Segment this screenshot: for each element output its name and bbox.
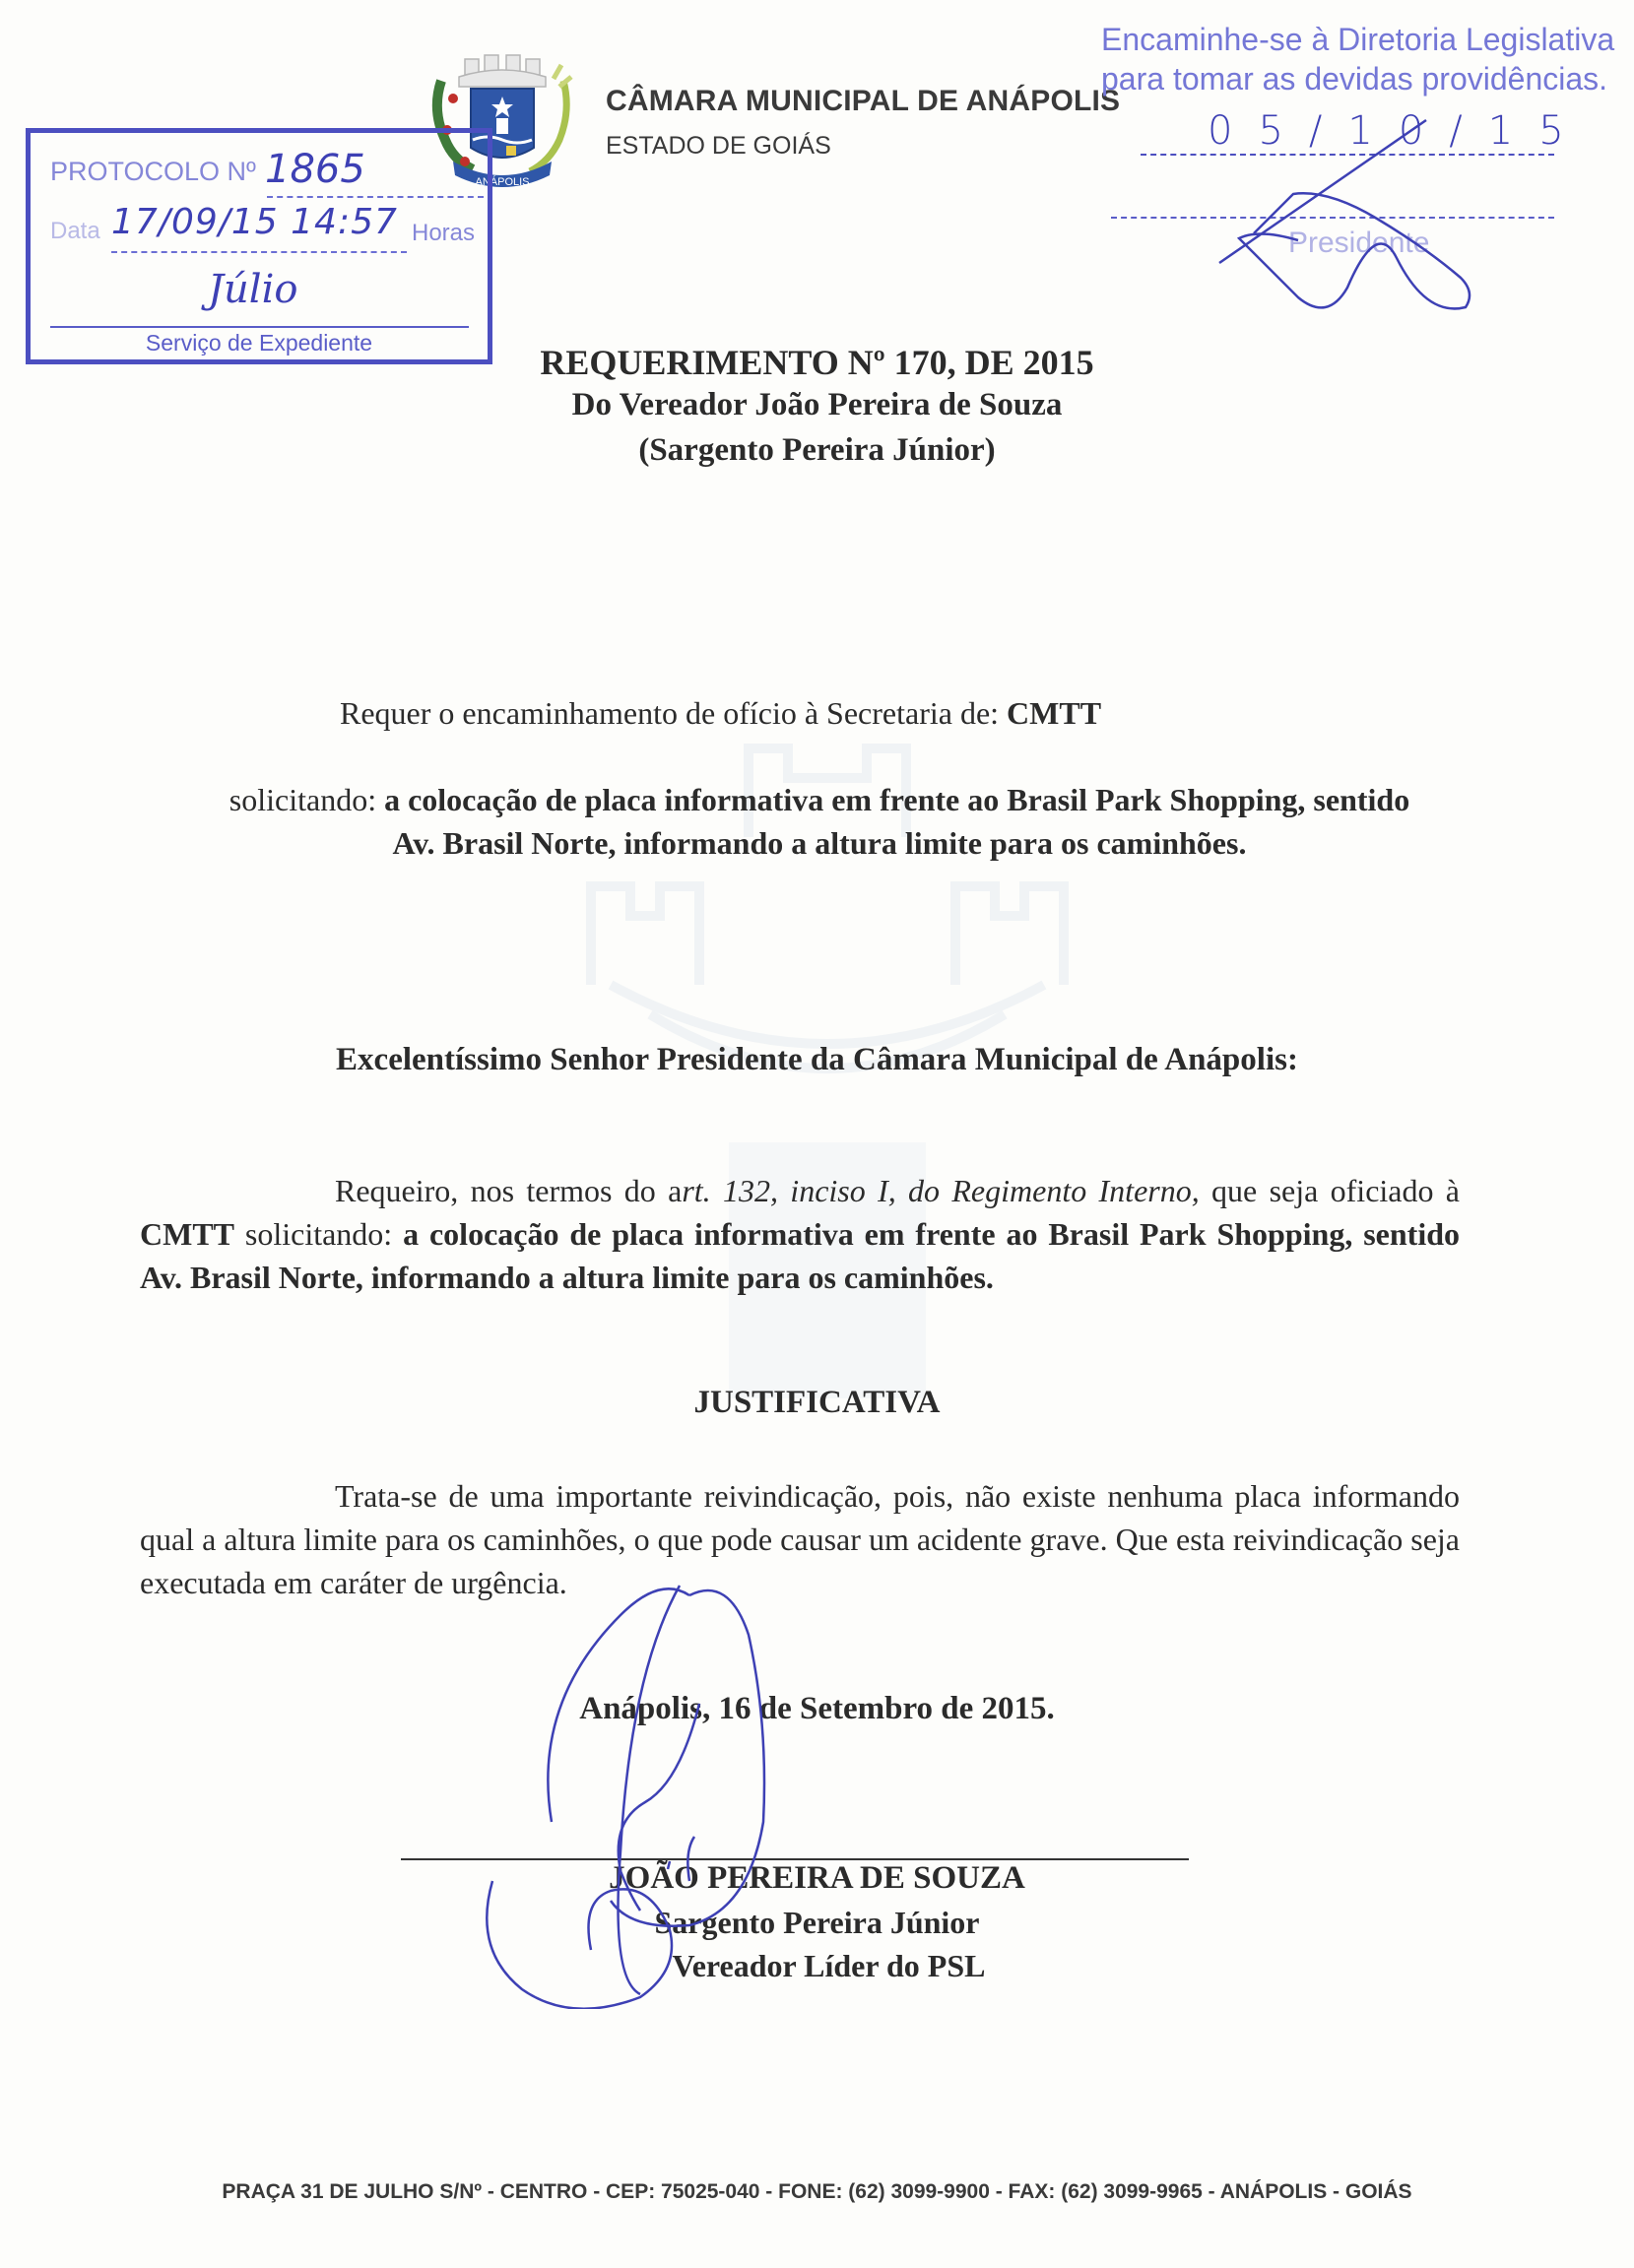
body-text-2: que seja oficiado à	[1200, 1173, 1460, 1208]
protocol-date-label: Data	[50, 218, 100, 245]
summary-prefix: solicitando:	[229, 782, 384, 817]
body-target: CMTT	[140, 1216, 234, 1252]
handwritten-signature-icon	[433, 1556, 886, 2009]
president-signature-icon	[1101, 22, 1628, 317]
protocol-date: 17/09/15 14:57	[111, 202, 398, 242]
protocol-time-value: 14:57	[291, 202, 398, 242]
protocol-stamp: PROTOCOLO Nº 1865 Data 17/09/15 14:57 Ho…	[26, 128, 492, 364]
body-text-3: solicitando:	[234, 1216, 403, 1252]
document-title: REQUERIMENTO Nº 170, DE 2015	[0, 342, 1634, 383]
justification-heading: JUSTIFICATIVA	[0, 1385, 1634, 1421]
request-summary: solicitando: a colocação de placa inform…	[229, 778, 1410, 865]
body-citation: rt. 132, inciso I, do Regimento Interno,	[682, 1173, 1199, 1208]
summary-text: a colocação de placa informativa em fren…	[384, 782, 1409, 861]
body-text-1: Requeiro, nos termos do a	[335, 1173, 682, 1208]
request-body: Requeiro, nos termos do art. 132, inciso…	[140, 1169, 1460, 1299]
protocol-date-underline	[111, 251, 407, 253]
institution-name: CÂMARA MUNICIPAL DE ANÁPOLIS	[606, 85, 1120, 118]
request-intro: Requer o encaminhamento de ofício à Secr…	[340, 691, 1101, 735]
document-author-alias: (Sargento Pereira Júnior)	[0, 432, 1634, 469]
protocol-number: 1865	[265, 147, 365, 192]
institution-state: ESTADO DE GOIÁS	[606, 132, 831, 161]
forward-stamp: Encaminhe-se à Diretoria Legislativa par…	[1101, 22, 1628, 317]
protocol-label: PROTOCOLO Nº	[50, 157, 256, 187]
request-target: CMTT	[1007, 695, 1101, 731]
protocol-signature: Júlio	[208, 267, 297, 312]
salutation: Excelentíssimo Senhor Presidente da Câma…	[0, 1042, 1634, 1078]
protocol-signature-line	[50, 326, 469, 328]
protocol-date-value: 17/09/15	[111, 202, 279, 242]
request-intro-text: Requer o encaminhamento de ofício à Secr…	[340, 695, 1007, 731]
protocol-number-underline	[267, 196, 484, 198]
document-author: Do Vereador João Pereira de Souza	[0, 387, 1634, 423]
protocol-time-label: Horas	[412, 220, 475, 247]
footer-address: PRAÇA 31 DE JULHO S/Nº - CENTRO - CEP: 7…	[0, 2180, 1634, 2204]
